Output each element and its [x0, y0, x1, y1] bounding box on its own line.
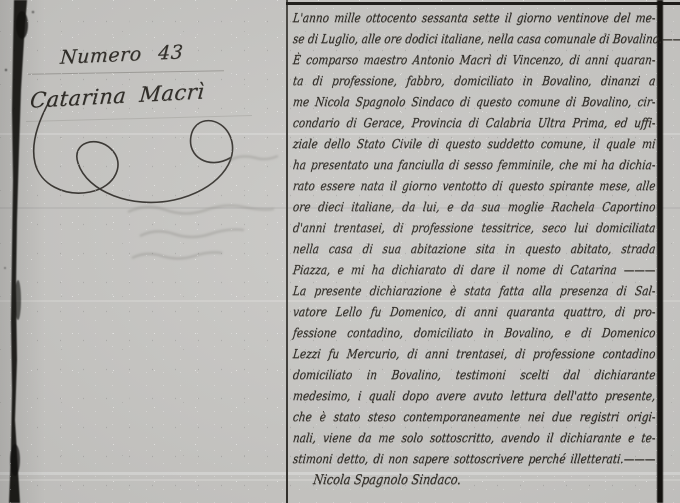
column-rule-left [286, 0, 288, 503]
act-line: nali, viene da me solo sottoscritto, ave… [292, 427, 657, 448]
act-line: rato essere nata il giorno ventotto di q… [292, 175, 657, 196]
act-line: stimoni detto, di non sapere sottoscrive… [292, 448, 657, 469]
act-line: È comparso maestro Antonio Macrì di Vinc… [292, 49, 657, 70]
act-line: fessione contadino, domiciliato in Boval… [292, 322, 657, 343]
act-line: Piazza, e mi ha dichiarato di dare il no… [292, 259, 657, 280]
act-line: La presente dichiarazione è stata fatta … [292, 280, 657, 301]
mayor-signature: Nicola Spagnolo Sindaco. [292, 472, 657, 488]
act-line: L'anno mille ottocento sessanta sette il… [292, 7, 657, 28]
act-line: ore dieci italiane, da lui, e da sua mog… [292, 196, 657, 217]
act-line: ha presentato una fanciulla di sesso fem… [292, 154, 657, 175]
act-line: Lezzi fu Mercurio, di anni trentasei, di… [292, 343, 657, 364]
act-line: ziale dello Stato Civile di questo sudde… [292, 133, 657, 154]
act-line: ta di professione, fabbro, domiciliato i… [292, 70, 657, 91]
act-line: d'anni trentasei, di professione tessitr… [292, 217, 657, 238]
act-line: me Nicola Spagnolo Sindaco di questo com… [292, 91, 657, 112]
scanned-register-page: Numero 43 Catarina Macrì L'anno mille ot… [0, 0, 680, 503]
act-line: vatore Lello fu Domenico, di anni quaran… [292, 301, 657, 322]
act-text-block: L'anno mille ottocento sessanta sette il… [293, 7, 655, 488]
act-line: nella casa di sua abitazione sita in que… [292, 238, 657, 259]
act-line: se di Luglio, alle ore dodici italiane, … [292, 28, 657, 49]
act-line: condario di Gerace, Provincia di Calabri… [292, 112, 657, 133]
act-line: che è stato steso contemporaneamente nei… [292, 406, 657, 427]
act-line: domiciliato in Bovalino, testimoni scelt… [292, 364, 657, 385]
column-rule-right [657, 0, 663, 503]
column-rule-top [286, 2, 680, 5]
act-line: medesimo, i quali dopo avere avuto lettu… [292, 385, 657, 406]
